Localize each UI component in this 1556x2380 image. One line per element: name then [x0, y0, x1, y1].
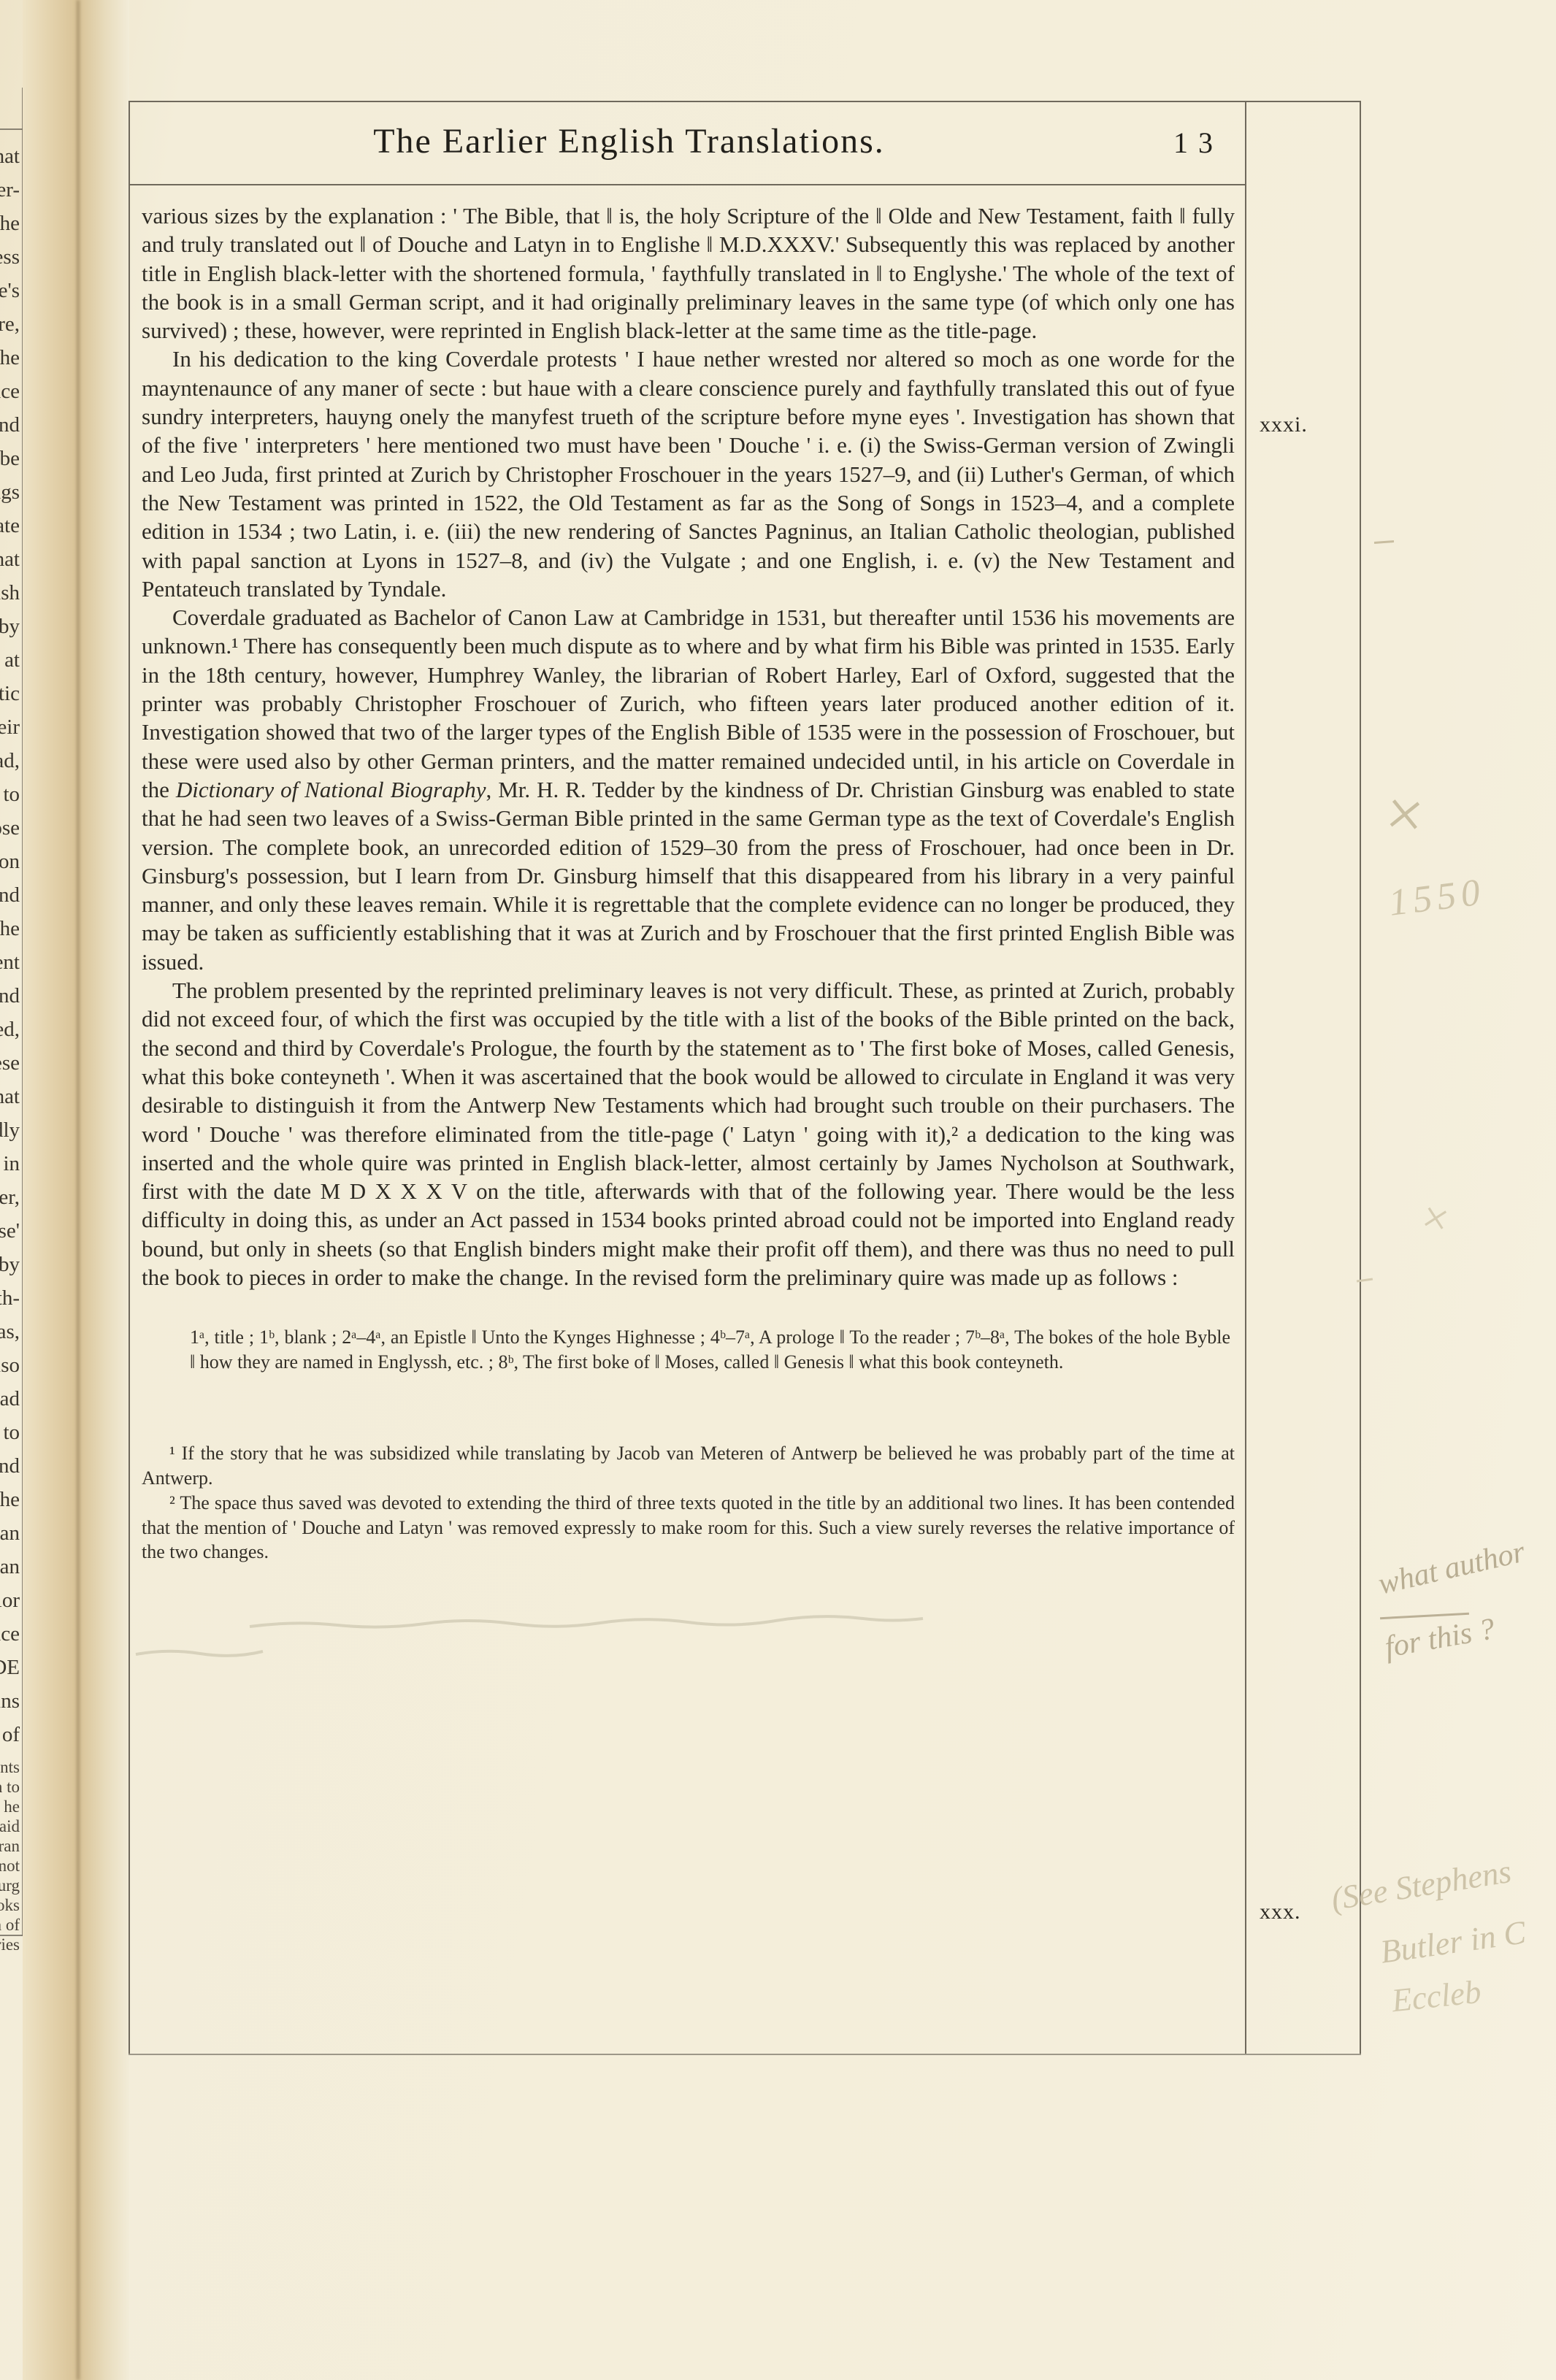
left-edge-fragment: er,	[0, 1186, 20, 1210]
pencil-see-note-line3: Eccleb	[1390, 1973, 1483, 2020]
italic-book-title: Dictionary of National Biography	[176, 777, 486, 802]
facing-page-edge: hater-theessle'sre,thencendbengsatehatis…	[0, 0, 22, 2380]
left-edge-fragment: the	[0, 212, 20, 236]
pencil-year-note: 1550	[1387, 870, 1487, 925]
pencil-query-line1: what author	[1375, 1535, 1528, 1602]
left-edge-fragment: n of	[0, 1916, 20, 1935]
quire-collation: 1ᵃ, title ; 1ᵇ, blank ; 2ᵃ–4ᵃ, an Epistl…	[142, 1325, 1235, 1374]
page-number: 13	[1173, 126, 1223, 160]
left-edge-fragment: ed,	[0, 1018, 20, 1042]
left-edge-fragment: ents	[0, 1758, 20, 1777]
left-edge-fragment: of	[2, 1723, 20, 1747]
left-edge-fragment: eir	[0, 715, 20, 740]
left-edge-fragment: hat	[0, 1085, 20, 1109]
left-edge-fragment: n to	[0, 1778, 20, 1797]
left-edge-fragment: as,	[0, 1320, 20, 1344]
paragraph-text: various sizes by the explanation : ' The…	[142, 203, 1235, 343]
paragraph-text: , Mr. H. R. Tedder by the kindness of Dr…	[142, 777, 1235, 975]
left-edge-fragment: ese	[0, 1051, 20, 1075]
body-paragraphs: various sizes by the explanation : ' The…	[142, 201, 1235, 1291]
left-edge-fragment: ind	[0, 1454, 20, 1478]
pencil-see-note-line2: Butler in C	[1378, 1913, 1528, 1970]
paragraph: various sizes by the explanation : ' The…	[142, 201, 1235, 345]
page-frame: The Earlier English Translations. 13 var…	[129, 101, 1361, 2055]
pencil-query-line2: for this ?	[1382, 1611, 1498, 1665]
left-edge-fragment: ion	[0, 850, 20, 874]
left-edge-fragment: er-	[0, 178, 20, 202]
left-edge-fragment: by	[0, 615, 20, 639]
left-edge-fragment: th-	[0, 1286, 20, 1310]
page-title: The Earlier English Translations.	[130, 121, 1128, 161]
left-edge-fragment: the	[0, 917, 20, 941]
left-edge-fragment: nce	[0, 380, 20, 404]
left-edge-fragment: n he	[0, 1797, 20, 1816]
left-edge-fragment: aid	[0, 1817, 20, 1836]
left-edge-fragment: tic	[0, 682, 20, 706]
left-edge-fragment: the	[0, 346, 20, 370]
pencil-x-mark-small: ×	[1417, 1189, 1455, 1248]
left-edge-fragment: had	[0, 1387, 20, 1411]
left-edge-fragment: ose	[0, 816, 20, 840]
left-edge-fragment: se'	[0, 1219, 20, 1243]
left-edge-fragment: by	[0, 1253, 20, 1277]
left-edge-fragment: ad,	[0, 749, 20, 773]
left-edge-fragment: hat	[0, 145, 20, 169]
left-edge-fragment: nce	[0, 1622, 20, 1646]
facing-page-bottom-rule	[0, 1935, 23, 1936]
left-edge-fragment: ate	[0, 514, 20, 538]
left-edge-fragment: ngs	[0, 480, 20, 504]
pencil-dash-mark	[1374, 540, 1394, 544]
left-edge-fragment: to	[3, 1421, 20, 1445]
footnote: ² The space thus saved was devoted to ex…	[142, 1491, 1235, 1565]
left-edge-fragment: to	[3, 783, 20, 807]
left-edge-fragment: eran	[0, 1837, 20, 1856]
left-edge-fragment: at	[4, 648, 20, 672]
left-edge-fragment: ent	[0, 951, 20, 975]
paragraph: Coverdale graduated as Bachelor of Canon…	[142, 603, 1235, 976]
left-edge-fragment: urg	[0, 1876, 20, 1895]
left-edge-fragment: nan	[0, 1521, 20, 1546]
margin-note-xxx: xxx.	[1260, 1900, 1301, 1924]
left-edge-fragment: not	[0, 1857, 20, 1876]
left-edge-fragment: ess	[0, 245, 20, 269]
margin-note-xxxi: xxxi.	[1260, 412, 1308, 437]
left-edge-fragment: oks	[0, 1896, 20, 1915]
left-edge-fragment: le's	[0, 279, 20, 303]
left-edge-fragment: in	[3, 1152, 20, 1176]
left-edge-fragment: nd	[0, 984, 20, 1008]
facing-page-top-rule	[0, 128, 23, 130]
paragraph-text: The problem presented by the reprinted p…	[142, 978, 1235, 1290]
pencil-query-underline	[1380, 1613, 1469, 1619]
left-edge-fragment: ins	[0, 1689, 20, 1713]
book-page-scan: hater-theessle'sre,thencendbengsatehatis…	[0, 0, 1556, 2380]
body-text: various sizes by the explanation : ' The…	[130, 185, 1245, 2054]
paragraph-text: Coverdale graduated as Bachelor of Canon…	[142, 604, 1235, 802]
left-edge-fragment: ries	[0, 1935, 20, 1954]
paragraph: The problem presented by the reprinted p…	[142, 976, 1235, 1291]
left-edge-fragment: nan	[0, 1555, 20, 1579]
left-edge-fragment: dly	[0, 1118, 20, 1143]
gutter-crease-shadow	[77, 0, 80, 2380]
running-header: The Earlier English Translations. 13	[130, 102, 1245, 185]
footnote: ¹ If the story that he was subsidized wh…	[142, 1441, 1235, 1491]
left-edge-fragment: hat	[0, 548, 20, 572]
left-edge-fragment: lso	[0, 1354, 20, 1378]
left-edge-fragment: DE	[0, 1656, 20, 1680]
pencil-x-mark: ×	[1382, 774, 1428, 855]
left-edge-fragment: re,	[0, 312, 20, 337]
paragraph: In his dedication to the king Coverdale …	[142, 345, 1235, 603]
left-edge-fragment: be	[0, 447, 20, 471]
left-edge-fragment: nd	[0, 883, 20, 907]
margin-column: xxxi. xxx.	[1246, 102, 1361, 2054]
left-edge-fragment: ish	[0, 581, 20, 605]
left-edge-fragment: elor	[0, 1589, 20, 1613]
text-block: The Earlier English Translations. 13 var…	[129, 102, 1246, 2054]
footnotes: ¹ If the story that he was subsidized wh…	[142, 1441, 1235, 1565]
left-edge-fragment: the	[0, 1488, 20, 1512]
paragraph-text: In his dedication to the king Coverdale …	[142, 346, 1235, 601]
book-gutter	[23, 0, 129, 2380]
left-edge-fragment: nd	[0, 413, 20, 437]
